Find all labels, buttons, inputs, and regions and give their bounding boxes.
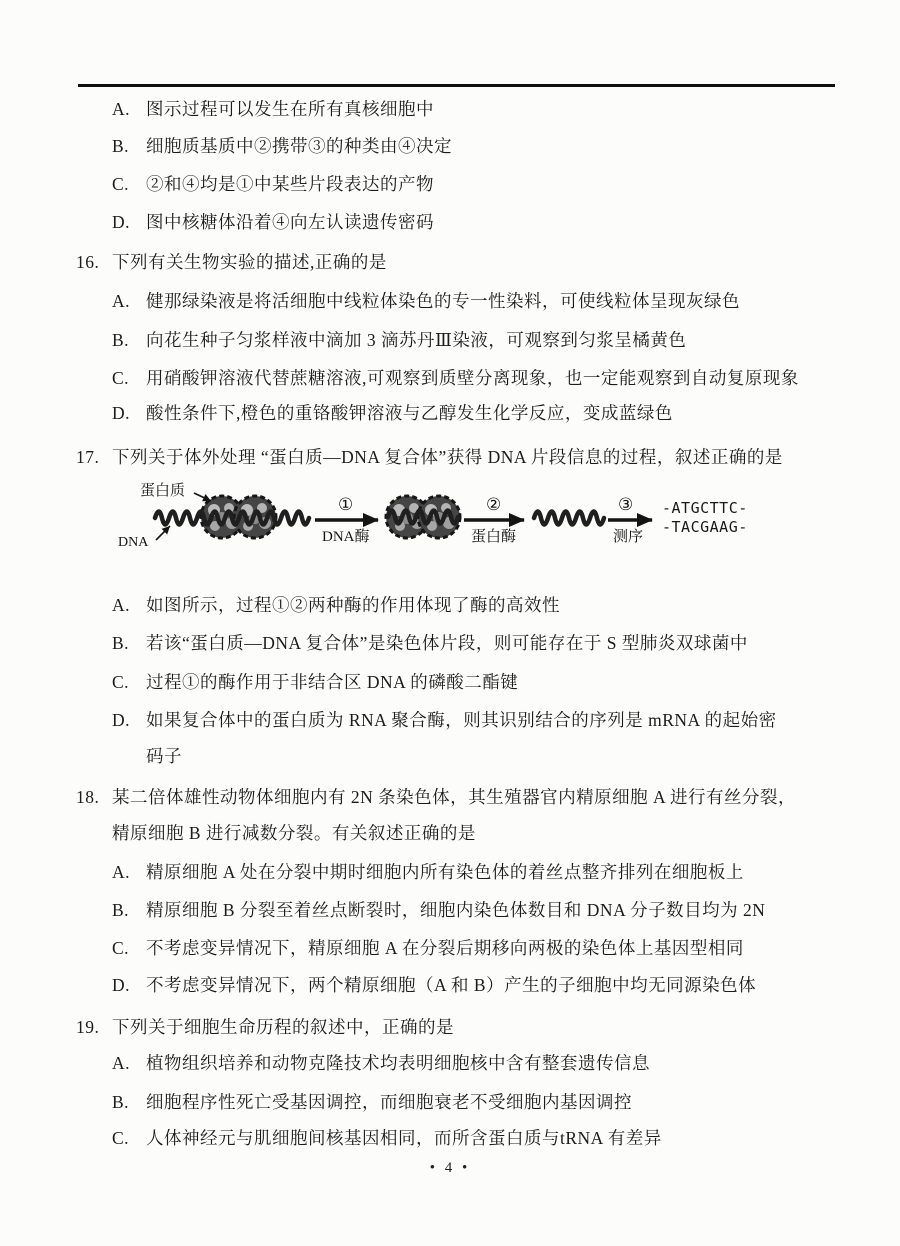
question-text: 下列关于体外处理 “蛋白质—DNA 复合体”获得 DNA 片段信息的过程，叙述正… [112,447,783,467]
option-label: A. [112,862,146,883]
trimmed-complex-illustration [386,496,460,538]
circled-number-1: ① [338,495,353,514]
option-text: 精原细胞 B 分裂至着丝点断裂时，细胞内染色体数目和 DNA 分子数目均为 2N [146,900,765,920]
option-text: 图中核糖体沿着④向左认读遗传密码 [146,212,434,232]
option-label: C. [112,368,146,389]
option-label: D. [112,403,146,424]
q15-option-d: D.图中核糖体沿着④向左认读遗传密码 [112,212,434,233]
question-text: 精原细胞 B 进行减数分裂。有关叙述正确的是 [112,823,476,843]
option-text: 图示过程可以发生在所有真核细胞中 [146,99,434,119]
dna-strand [155,512,309,525]
option-text: 不考虑变异情况下，两个精原细胞（A 和 B）产生的子细胞中均无同源染色体 [146,975,756,995]
option-label: C. [112,174,146,195]
q17-option-d-continued: 码子 [146,746,182,767]
q17-option-b: B.若该“蛋白质—DNA 复合体”是染色体片段，则可能存在于 S 型肺炎双球菌中 [112,633,748,654]
q19-option-b: B.细胞程序性死亡受基因调控，而细胞衰老不受细胞内基因调控 [112,1092,632,1113]
sequencing-label: 测序 [613,528,643,545]
question-number: 19. [76,1017,112,1038]
option-text: 人体神经元与肌细胞间核基因相同，而所含蛋白质与tRNA 有差异 [146,1128,662,1148]
option-text: 精原细胞 A 处在分裂中期时细胞内所有染色体的着丝点整齐排列在细胞板上 [146,862,744,882]
option-label: A. [112,1053,146,1074]
option-text: 细胞程序性死亡受基因调控，而细胞衰老不受细胞内基因调控 [146,1092,632,1112]
q16-option-c: C.用硝酸钾溶液代替蔗糖溶液,可观察到质壁分离现象，也一定能观察到自动复原现象 [112,368,799,389]
enzyme-label-dnase: DNA酶 [322,528,370,545]
q19-stem: 19.下列关于细胞生命历程的叙述中，正确的是 [76,1017,454,1038]
option-text: 用硝酸钾溶液代替蔗糖溶液,可观察到质壁分离现象，也一定能观察到自动复原现象 [146,368,799,388]
q18-option-b: B.精原细胞 B 分裂至着丝点断裂时，细胞内染色体数目和 DNA 分子数目均为 … [112,900,765,921]
q15-option-b: B.细胞质基质中②携带③的种类由④决定 [112,136,452,157]
option-text: 细胞质基质中②携带③的种类由④决定 [146,136,452,156]
option-text: 如果复合体中的蛋白质为 RNA 聚合酶，则其识别结合的序列是 mRNA 的起始密 [146,710,777,730]
q15-option-c: C.②和④均是①中某些片段表达的产物 [112,174,434,195]
option-label: C. [112,672,146,693]
protein-dna-complex-illustration [155,496,309,538]
option-label: A. [112,595,146,616]
option-label: B. [112,900,146,921]
option-label: C. [112,938,146,959]
protein-label: 蛋白质 [140,482,185,499]
option-label: B. [112,633,146,654]
question-number: 17. [76,447,112,468]
question-text: 某二倍体雄性动物体细胞内有 2N 条染色体，其生殖器官内精原细胞 A 进行有丝分… [112,787,796,807]
enzyme-label-protease: 蛋白酶 [471,528,516,545]
q19-option-a: A.植物组织培养和动物克隆技术均表明细胞核中含有整套遗传信息 [112,1053,650,1074]
sequence-bottom-strand: -TACGAAG- [662,518,748,536]
dna-label: DNA [118,535,149,550]
option-text: 植物组织培养和动物克隆技术均表明细胞核中含有整套遗传信息 [146,1053,650,1073]
q18-option-c: C.不考虑变异情况下，精原细胞 A 在分裂后期移向两极的染色体上基因型相同 [112,938,744,959]
q17-stem: 17.下列关于体外处理 “蛋白质—DNA 复合体”获得 DNA 片段信息的过程，… [76,447,783,468]
q17-option-d: D.如果复合体中的蛋白质为 RNA 聚合酶，则其识别结合的序列是 mRNA 的起… [112,710,777,731]
option-text: ②和④均是①中某些片段表达的产物 [146,174,434,194]
option-label: D. [112,975,146,996]
sequence-top-strand: -ATGCTTC- [662,499,748,517]
q17-option-a: A.如图所示，过程①②两种酶的作用体现了酶的高效性 [112,595,560,616]
q16-option-b: B.向花生种子匀浆样液中滴加 3 滴苏丹Ⅲ染液，可观察到匀浆呈橘黄色 [112,330,686,351]
option-label: B. [112,330,146,351]
question-number: 16. [76,252,112,273]
option-text: 向花生种子匀浆样液中滴加 3 滴苏丹Ⅲ染液，可观察到匀浆呈橘黄色 [146,330,686,350]
option-label: D. [112,212,146,233]
question-text: 下列有关生物实验的描述,正确的是 [112,252,387,272]
q19-option-c: C.人体神经元与肌细胞间核基因相同，而所含蛋白质与tRNA 有差异 [112,1128,662,1149]
protein-pointer-arrow [194,493,211,501]
option-text: 过程①的酶作用于非结合区 DNA 的磷酸二酯键 [146,672,518,692]
page-number: • 4 • [0,1160,900,1177]
option-text: 不考虑变异情况下，精原细胞 A 在分裂后期移向两极的染色体上基因型相同 [146,938,744,958]
option-label: B. [112,1092,146,1113]
option-label: B. [112,136,146,157]
section-divider-rule [78,84,835,87]
question-text: 下列关于细胞生命历程的叙述中，正确的是 [112,1017,454,1037]
option-text: 健那绿染液是将活细胞中线粒体染色的专一性染料，可使线粒体呈现灰绿色 [146,291,740,311]
q16-option-d: D.酸性条件下,橙色的重铬酸钾溶液与乙醇发生化学反应，变成蓝绿色 [112,403,673,424]
dna-pointer-arrow [156,526,170,540]
q18-stem-line2: 精原细胞 B 进行减数分裂。有关叙述正确的是 [112,823,476,844]
q18-option-a: A.精原细胞 A 处在分裂中期时细胞内所有染色体的着丝点整齐排列在细胞板上 [112,862,744,883]
q18-stem-line1: 18.某二倍体雄性动物体细胞内有 2N 条染色体，其生殖器官内精原细胞 A 进行… [76,787,796,808]
circled-number-3: ③ [618,495,633,514]
exam-page: A.图示过程可以发生在所有真核细胞中 B.细胞质基质中②携带③的种类由④决定 C… [0,0,900,1246]
option-text: 码子 [146,746,182,766]
protein-dna-complex-diagram: 蛋白质 DNA ① DNA酶 ② 蛋白酶 ③ 测序 [110,473,770,565]
q17-option-c: C.过程①的酶作用于非结合区 DNA 的磷酸二酯键 [112,672,518,693]
q15-option-a: A.图示过程可以发生在所有真核细胞中 [112,99,434,120]
option-text: 酸性条件下,橙色的重铬酸钾溶液与乙醇发生化学反应，变成蓝绿色 [146,403,673,423]
naked-dna-strand [534,512,604,525]
option-label: A. [112,291,146,312]
q16-option-a: A.健那绿染液是将活细胞中线粒体染色的专一性染料，可使线粒体呈现灰绿色 [112,291,740,312]
option-text: 若该“蛋白质—DNA 复合体”是染色体片段，则可能存在于 S 型肺炎双球菌中 [146,633,748,653]
option-label: D. [112,710,146,731]
option-text: 如图所示，过程①②两种酶的作用体现了酶的高效性 [146,595,560,615]
option-label: C. [112,1128,146,1149]
q16-stem: 16.下列有关生物实验的描述,正确的是 [76,252,387,273]
option-label: A. [112,99,146,120]
q18-option-d: D.不考虑变异情况下，两个精原细胞（A 和 B）产生的子细胞中均无同源染色体 [112,975,756,996]
circled-number-2: ② [486,495,501,514]
question-number: 18. [76,787,112,808]
